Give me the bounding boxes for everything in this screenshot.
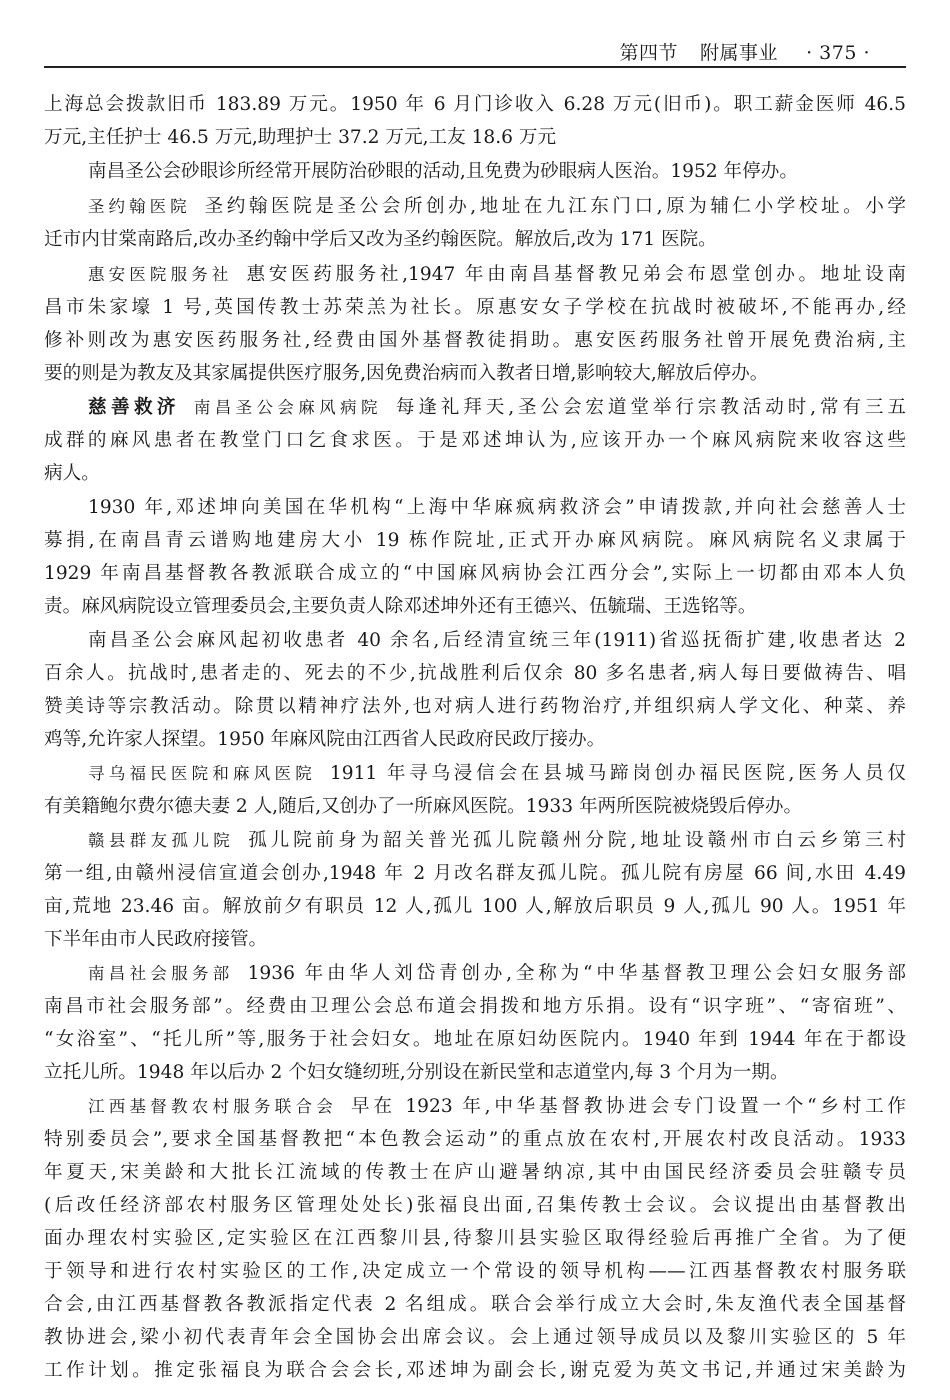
text-line: 圣约翰医院圣约翰医院是圣公会所创办,地址在九江东门口,原为辅仁小学校址。小学 (88, 192, 906, 222)
text-span: 1936 年由华人刘岱青创办,全称为“中华基督教卫理公会妇女服务部 (248, 963, 906, 984)
text-line: 赣县群友孤儿院孤儿院前身为韶关普光孤儿院赣州分院,地址设赣州市白云乡第三村 (88, 826, 906, 856)
text-span: 每逢礼拜天,圣公会宏道堂举行宗教活动时,常有三五 (396, 397, 906, 418)
text-line: 成群的麻风患者在教堂门口乞食求医。于是邓述坤认为,应该开办一个麻风病院来收容这些 (44, 426, 906, 456)
text-line: 于领导和进行农村实验区的工作,决定成立一个常设的领导机构——江西基督教农村服务联 (44, 1257, 906, 1287)
text-span: 惠安医药服务社,1947 年由南昌基督教兄弟会布恩堂创办。地址设南 (247, 264, 907, 285)
text-line: 惠安医院服务社惠安医药服务社,1947 年由南昌基督教兄弟会布恩堂创办。地址设南 (88, 260, 906, 290)
text-line: 百余人。抗战时,患者走的、死去的不少,抗战胜利后仅余 80 多名患者,病人每日要… (44, 659, 906, 689)
text-line: 责。麻风病院设立管理委员会,主要负责人除邓述坤外还有王德兴、伍毓瑞、王选铭等。 (44, 592, 906, 622)
text-line: 上海总会拨款旧币 183.89 万元。1950 年 6 月门诊收入 6.28 万… (44, 90, 906, 120)
section-heading: 慈善救济 (88, 397, 180, 418)
text-line: 1929 年南昌基督教各教派联合成立的“中国麻风病协会江西分会”,实际上一切都由… (44, 559, 906, 589)
text-line: 特别委员会”,要求全国基督教把“本色教会运动”的重点放在农村,开展农村改良活动。… (44, 1125, 906, 1155)
text-line: 修补则改为惠安医药服务社,经费由国外基督教徒捐助。惠安医药服务社曾开展免费治病,… (44, 326, 906, 356)
entry-heading: 寻乌福民医院和麻风医院 (88, 764, 316, 783)
entry-heading: 惠安医院服务社 (88, 265, 233, 284)
text-line: 面办理农村实验区,定实验区在江西黎川县,待黎川县实验区取得经验后再推广全省。为了… (44, 1224, 906, 1254)
text-line: 寻乌福民医院和麻风医院1911 年寻乌浸信会在县城马蹄岗创办福民医院,医务人员仅 (88, 759, 906, 789)
text-line: 南昌圣公会砂眼诊所经常开展防治砂眼的活动,且免费为砂眼病人医治。1952 年停办… (88, 157, 906, 187)
section-number: 第四节 (620, 42, 679, 64)
text-line: (后改任经济部农村服务区管理处处长)张福良出面,召集传教士会议。会议提出由基督教… (44, 1191, 906, 1221)
text-line: 下半年由市人民政府接管。 (44, 925, 906, 955)
text-line: 江西基督教农村服务联合会早在 1923 年,中华基督教协进会专门设置一个“乡村工… (88, 1092, 906, 1122)
text-line: 合会,由江西基督教各教派指定代表 2 名组成。联合会举行成立大会时,朱友渔代表全… (44, 1290, 906, 1320)
text-line: 有美籍鲍尔费尔德夫妻 2 人,随后,又创办了一所麻风医院。1933 年两所医院被… (44, 792, 906, 822)
text-line: 亩,荒地 23.46 亩。解放前夕有职员 12 人,孤儿 100 人,解放后职员… (44, 892, 906, 922)
section-title: 附属事业 (700, 42, 778, 64)
text-line: 赞美诗等宗教活动。除贯以精神疗法外,也对病人进行药物治疗,并组织病人学文化、种菜… (44, 692, 906, 722)
page-header: 第四节附属事业· 375 · (620, 38, 870, 65)
entry-heading: 南昌圣公会麻风病院 (194, 398, 382, 417)
text-line: 年夏天,宋美龄和大批长江流域的传教士在庐山避暑纳凉,其中由国民经济委员会驻赣专员 (44, 1158, 906, 1188)
entry-heading: 赣县群友孤儿院 (88, 831, 234, 850)
text-line: 南昌圣公会麻风起初收患者 40 余名,后经清宣统三年(1911)省巡抚衙扩建,收… (88, 626, 906, 656)
text-line: 南昌市社会服务部”。经费由卫理公会总布道会捐拨和地方乐捐。设有“识字班”、“寄宿… (44, 992, 906, 1022)
text-line: 昌市朱家壕 1 号,英国传教士苏荣羔为社长。原惠安女子学校在抗战时被破坏,不能再… (44, 293, 906, 323)
text-line: 立托儿所。1948 年以后办 2 个妇女缝纫班,分别设在新民堂和志道堂内,每 3… (44, 1058, 906, 1088)
entry-heading: 江西基督教农村服务联合会 (88, 1097, 337, 1116)
header-rule (44, 66, 906, 68)
text-span: 孤儿院前身为韶关普光孤儿院赣州分院,地址设赣州市白云乡第三村 (248, 830, 906, 851)
text-line: 教协进会,梁小初代表青年会全国协会出席会议。会上通过领导成员以及黎川实验区的 5… (44, 1323, 906, 1353)
text-line: 第一组,由赣州浸信宣道会创办,1948 年 2 月改名群友孤儿院。孤儿院有房屋 … (44, 859, 906, 889)
text-line: 万元,主任护士 46.5 万元,助理护士 37.2 万元,工友 18.6 万元 (44, 123, 906, 153)
text-span: 早在 1923 年,中华基督教协进会专门设置一个“乡村工作 (351, 1096, 906, 1117)
text-line: 1930 年,邓述坤向美国在华机构“上海中华麻疯病救济会”申请拨款,并向社会慈善… (88, 493, 906, 523)
page-number: · 375 · (806, 42, 870, 64)
text-line: 鸡等,允许家人探望。1950 年麻风院由江西省人民政府民政厅接办。 (44, 725, 906, 755)
entry-heading: 南昌社会服务部 (88, 964, 234, 983)
text-line: 募捐,在南昌青云谱购地建房大小 19 栋作院址,正式开办麻风病院。麻风病院名义隶… (44, 526, 906, 556)
text-span: 圣约翰医院是圣公会所创办,地址在九江东门口,原为辅仁小学校址。小学 (205, 196, 906, 217)
text-line: 要的则是为教友及其家属提供医疗服务,因免费治病而入教者日增,影响较大,解放后停办… (44, 359, 906, 389)
text-span: 1911 年寻乌浸信会在县城马蹄岗创办福民医院,医务人员仅 (330, 763, 906, 784)
text-line: 慈善救济南昌圣公会麻风病院每逢礼拜天,圣公会宏道堂举行宗教活动时,常有三五 (88, 393, 906, 423)
text-line: 南昌社会服务部1936 年由华人刘岱青创办,全称为“中华基督教卫理公会妇女服务部 (88, 959, 906, 989)
text-line: “女浴室”、“托儿所”等,服务于社会妇女。地址在原妇幼医院内。1940 年到 1… (44, 1025, 906, 1055)
entry-heading: 圣约翰医院 (88, 197, 191, 216)
text-line: 病人。 (44, 459, 906, 489)
text-line: 迁市内甘棠南路后,改办圣约翰中学后又改为圣约翰医院。解放后,改为 171 医院。 (44, 225, 906, 255)
text-line: 工作计划。推定张福良为联合会会长,邓述坤为副会长,谢克爱为英文书记,并通过宋美龄… (44, 1356, 906, 1386)
